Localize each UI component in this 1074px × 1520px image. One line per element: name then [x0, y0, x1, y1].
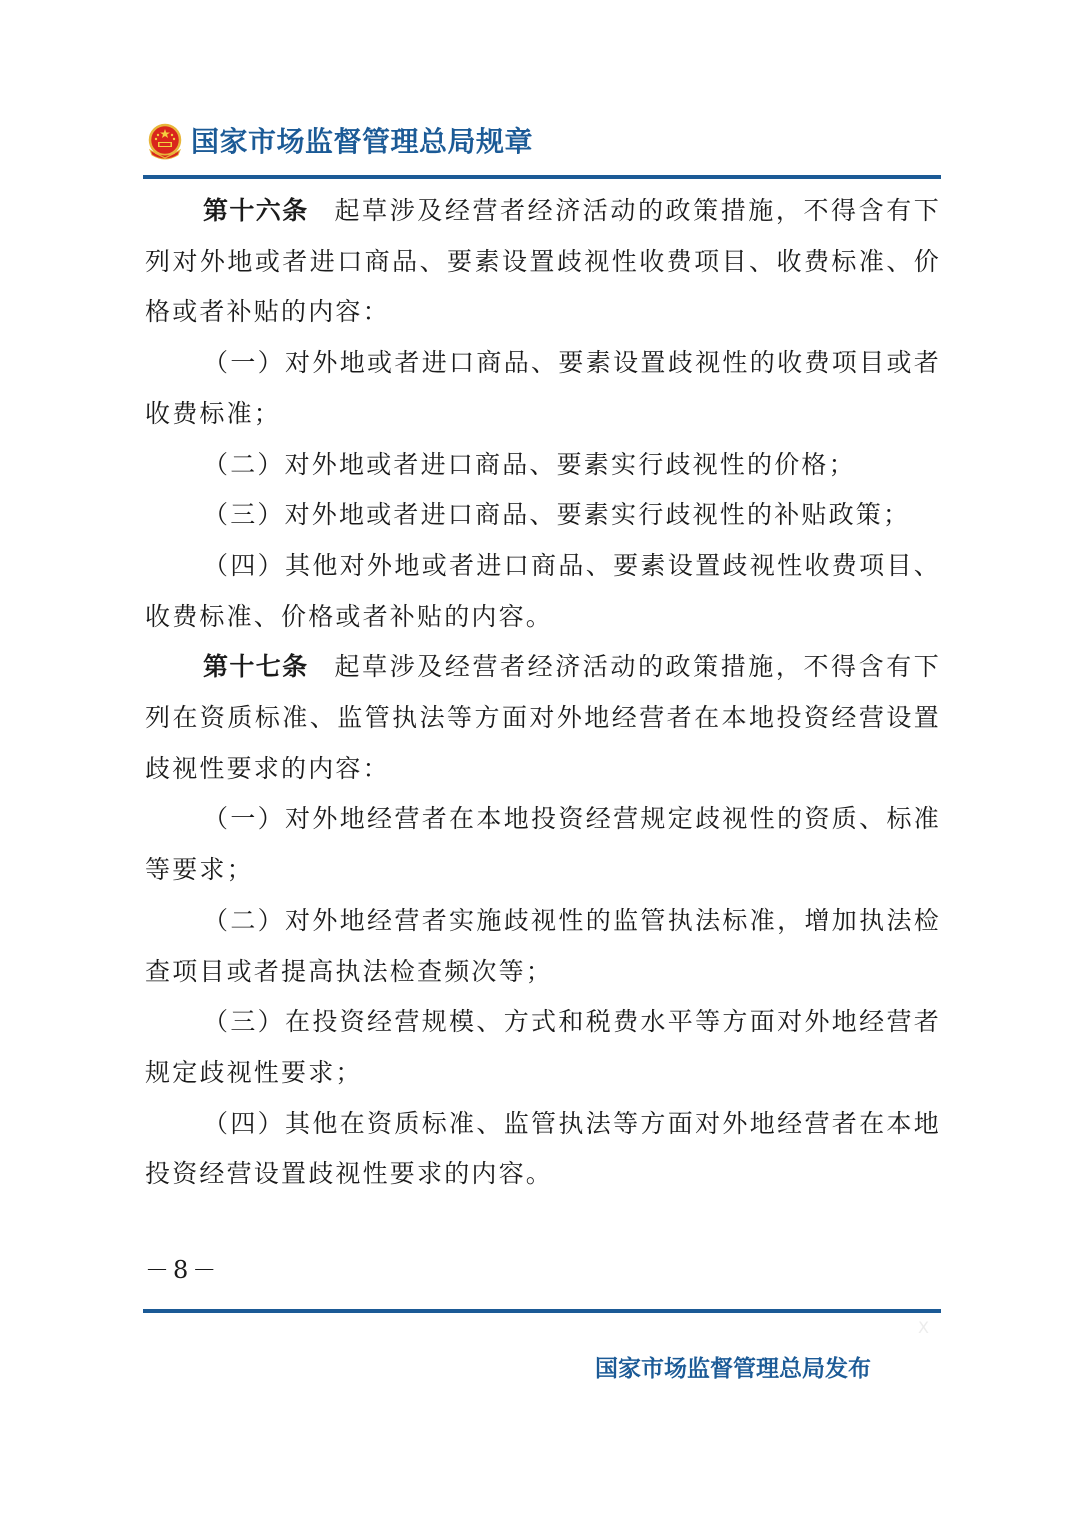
footer-publisher: 国家市场监督管理总局发布	[595, 1353, 871, 1385]
faint-watermark: X	[918, 1318, 929, 1337]
article-item: （一）对外地经营者在本地投资经营规定歧视性的资质、标准等要求；	[145, 794, 941, 895]
article-item: （二）对外地或者进口商品、要素实行歧视性的价格；	[145, 440, 941, 491]
footer-divider	[143, 1309, 941, 1313]
page-number: －8－	[145, 1254, 220, 1286]
article-intro: 第十七条起草涉及经营者经济活动的政策措施，不得含有下列在资质标准、监管执法等方面…	[145, 642, 941, 794]
header-divider	[143, 175, 941, 179]
article-item: （二）对外地经营者实施歧视性的监管执法标准，增加执法检查项目或者提高执法检查频次…	[145, 896, 941, 997]
national-emblem-icon	[145, 122, 185, 164]
article-number: 第十六条	[203, 196, 309, 225]
article-16: 第十六条起草涉及经营者经济活动的政策措施，不得含有下列对外地或者进口商品、要素设…	[145, 186, 941, 642]
article-17: 第十七条起草涉及经营者经济活动的政策措施，不得含有下列在资质标准、监管执法等方面…	[145, 642, 941, 1200]
article-number: 第十七条	[203, 652, 309, 681]
article-item: （四）其他对外地或者进口商品、要素设置歧视性收费项目、收费标准、价格或者补贴的内…	[145, 541, 941, 642]
header-title: 国家市场监督管理总局规章	[191, 124, 533, 160]
article-item: （三）在投资经营规模、方式和税费水平等方面对外地经营者规定歧视性要求；	[145, 997, 941, 1098]
document-header: 国家市场监督管理总局规章	[143, 118, 941, 174]
article-item: （一）对外地或者进口商品、要素设置歧视性的收费项目或者收费标准；	[145, 338, 941, 439]
article-item: （三）对外地或者进口商品、要素实行歧视性的补贴政策；	[145, 490, 941, 541]
article-intro: 第十六条起草涉及经营者经济活动的政策措施，不得含有下列对外地或者进口商品、要素设…	[145, 186, 941, 338]
article-item: （四）其他在资质标准、监管执法等方面对外地经营者在本地投资经营设置歧视性要求的内…	[145, 1099, 941, 1200]
document-body: 第十六条起草涉及经营者经济活动的政策措施，不得含有下列对外地或者进口商品、要素设…	[145, 186, 941, 1200]
